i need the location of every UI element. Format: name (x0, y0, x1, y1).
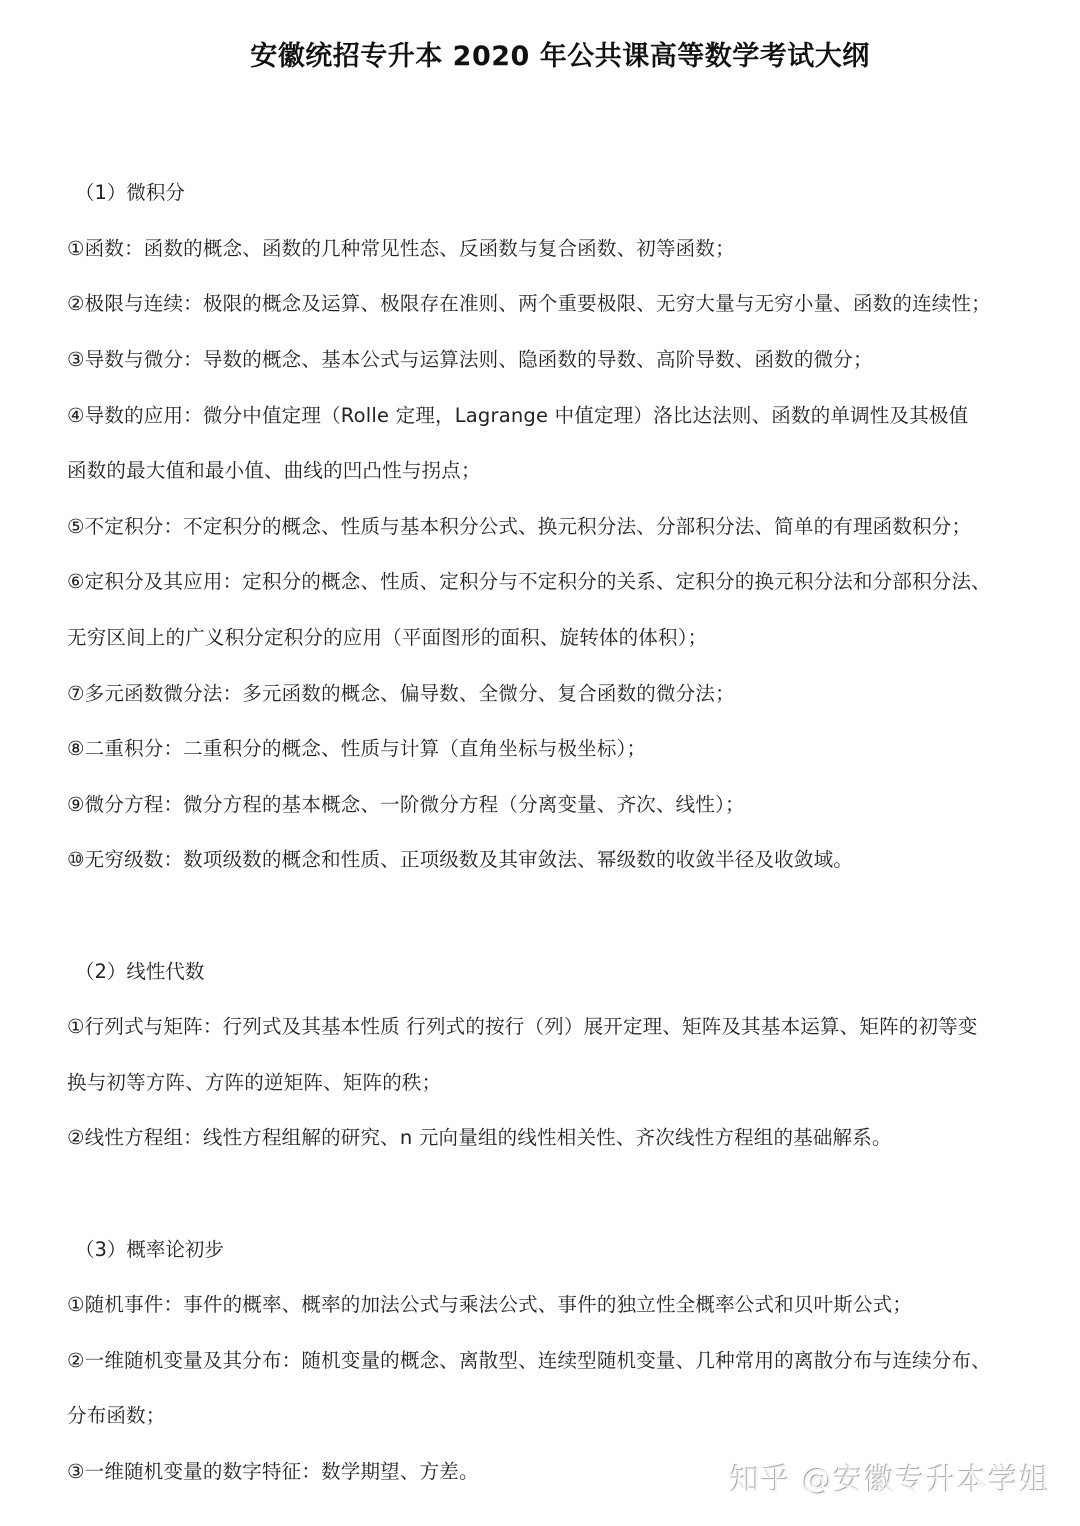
outline-item: ⑨微分方程：微分方程的基本概念、一阶微分方程（分离变量、齐次、线性）； (67, 792, 745, 818)
outline-item: ⑥定积分及其应用：定积分的概念、性质、定积分与不定积分的关系、定积分的换元积分法… (67, 569, 991, 595)
outline-item: ⑩无穷级数：数项级数的概念和性质、正项级数及其审敛法、幂级数的收敛半径及收敛域。 (67, 847, 853, 873)
outline-item: ⑧二重积分：二重积分的概念、性质与计算（直角坐标与极坐标）； (67, 736, 646, 762)
outline-item: ④导数的应用：微分中值定理（Rolle 定理，Lagrange 中值定理）洛比达… (67, 403, 968, 429)
document-title: 安徽统招专升本 2020 年公共课高等数学考试大纲 (0, 34, 1080, 73)
section-heading-linear-algebra: （2）线性代数 (75, 959, 204, 985)
outline-item: ②一维随机变量及其分布：随机变量的概念、离散型、连续型随机变量、几种常用的离散分… (67, 1348, 991, 1374)
section-heading-probability: （3）概率论初步 (75, 1237, 224, 1263)
outline-item-continuation: 函数的最大值和最小值、曲线的凹凸性与拐点； (67, 458, 481, 484)
outline-item: ①随机事件：事件的概率、概率的加法公式与乘法公式、事件的独立性全概率公式和贝叶斯… (67, 1292, 912, 1318)
outline-item-continuation: 无穷区间上的广义积分定积分的应用（平面图形的面积、旋转体的体积）； (67, 625, 707, 651)
outline-item: ③一维随机变量的数字特征：数学期望、方差。 (67, 1459, 479, 1485)
outline-item: ⑦多元函数微分法：多元函数的概念、偏导数、全微分、复合函数的微分法； (67, 681, 735, 707)
outline-item: ③导数与微分：导数的概念、基本公式与运算法则、隐函数的导数、高阶导数、函数的微分… (67, 347, 873, 373)
section-heading-calculus: （1）微积分 (75, 180, 185, 206)
outline-item: ②线性方程组：线性方程组解的研究、n 元向量组的线性相关性、齐次线性方程组的基础… (67, 1125, 892, 1151)
outline-item-continuation: 换与初等方阵、方阵的逆矩阵、矩阵的秩； (67, 1070, 441, 1096)
outline-item: ⑤不定积分：不定积分的概念、性质与基本积分公式、换元积分法、分部积分法、简单的有… (67, 514, 971, 540)
zhihu-watermark: 知乎 @安徽专升本学姐 (730, 1455, 1051, 1499)
outline-item: ②极限与连续：极限的概念及运算、极限存在准则、两个重要极限、无穷大量与无穷小量、… (67, 291, 991, 317)
outline-item: ①函数：函数的概念、函数的几种常见性态、反函数与复合函数、初等函数； (67, 236, 735, 262)
outline-item: ①行列式与矩阵：行列式及其基本性质 行列式的按行（列）展开定理、矩阵及其基本运算… (67, 1014, 978, 1040)
outline-item-continuation: 分布函数； (67, 1403, 166, 1429)
